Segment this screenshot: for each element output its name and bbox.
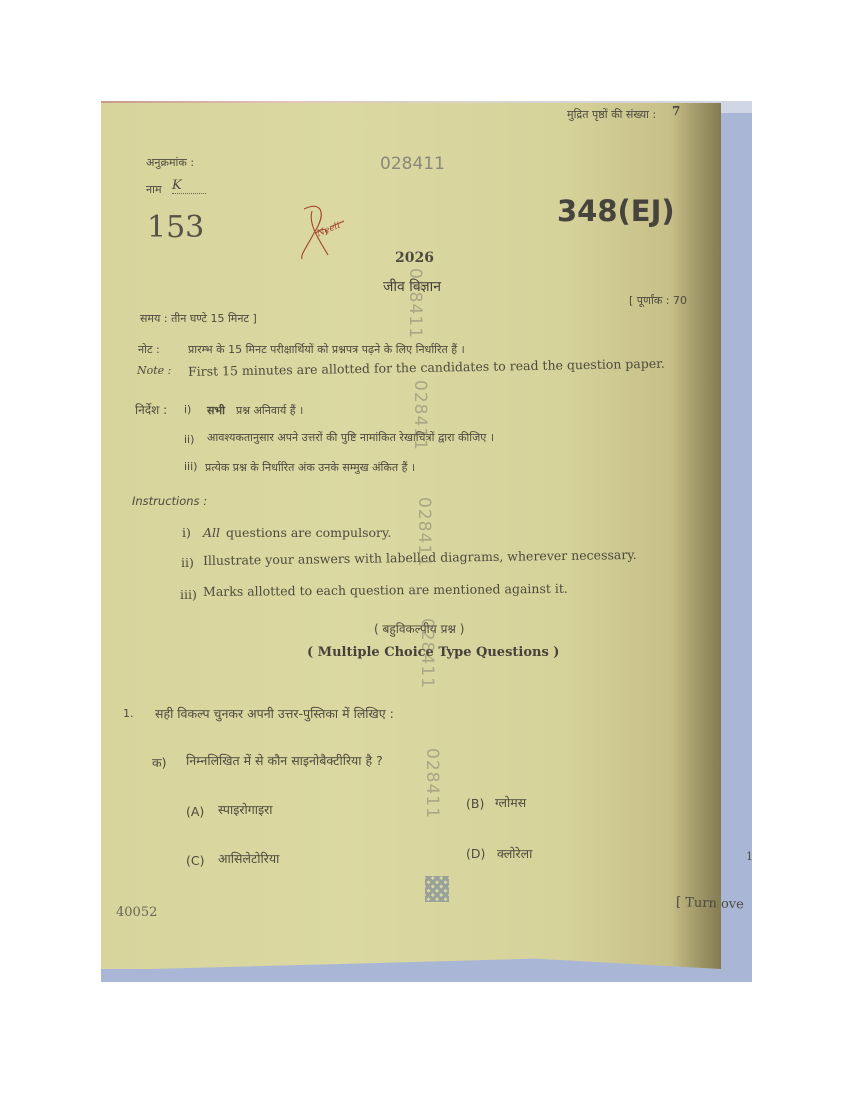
hindi-instructions-label: निर्देश : — [135, 401, 167, 418]
watermark-stamp: 028411 — [417, 618, 437, 689]
handwritten-number: 153 — [147, 210, 204, 245]
watermark-stamp: 028411 — [410, 380, 430, 451]
board-logo-icon — [425, 876, 449, 902]
printed-pages-label: मुद्रित पृष्ठों की संख्या : — [567, 107, 656, 122]
note-text-hindi: प्रारम्भ के 15 मिनट परीक्षार्थियों को प्… — [188, 342, 465, 357]
roll-number-label: अनुक्रमांक : — [146, 155, 194, 170]
watermark-stamp: 028411 — [405, 268, 425, 339]
note-label-hindi: नोट : — [138, 342, 160, 357]
paper-code: 348(EJ) — [557, 194, 675, 228]
name-label: नाम — [146, 182, 162, 197]
roll-number-stamp: 028411 — [380, 154, 445, 174]
subquestion-text: निम्नलिखित में से कौन साइनोबैक्टीरिया है… — [186, 752, 383, 769]
max-marks: [ पूर्णांक : 70 — [629, 293, 687, 308]
watermark-stamp: 028411 — [422, 748, 442, 819]
english-instructions-label: Instructions : — [132, 494, 207, 508]
time-allowed: समय : तीन घण्टे 15 मिनट ] — [140, 311, 257, 326]
note-label-english: Note : — [137, 364, 171, 377]
marks-indicator: 1 — [746, 850, 753, 863]
exam-year: 2026 — [395, 250, 434, 266]
footer-code: 40052 — [116, 905, 157, 920]
signature: Neeli — [290, 203, 350, 261]
question-text: सही विकल्प चुनकर अपनी उत्तर-पुस्तिका में… — [155, 705, 394, 722]
watermark-stamp: 028411 — [414, 497, 434, 568]
question-number: 1. — [123, 707, 134, 720]
subquestion-label: क) — [152, 754, 166, 771]
printed-pages-value: 7 — [672, 104, 680, 118]
turn-over-label: [ Turn ove — [676, 895, 744, 912]
name-value: K — [172, 178, 206, 194]
